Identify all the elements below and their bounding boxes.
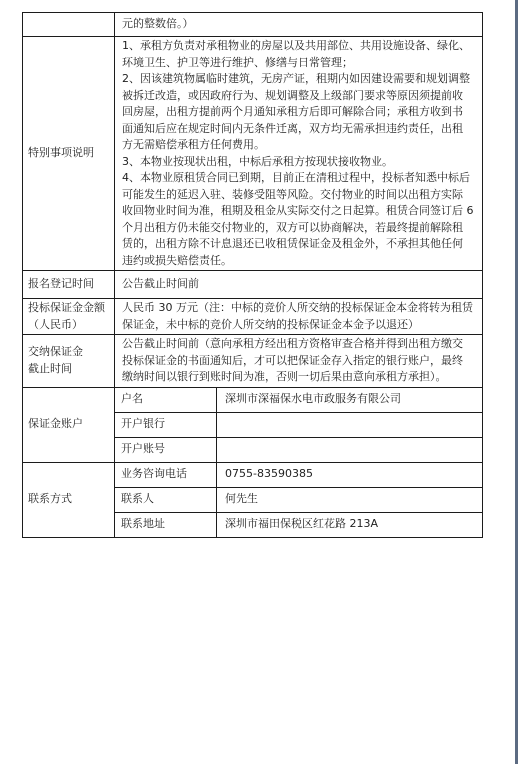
- cell-account-name-value: 深圳市深福保水电市政服务有限公司: [217, 387, 483, 412]
- cell-bank-account-label: 开户账号: [115, 437, 217, 462]
- cell-contact-person-value: 何先生: [217, 487, 483, 512]
- cell-deposit-deadline-label: 交纳保证金 截止时间: [23, 335, 115, 388]
- table-row: 元的整数倍。）: [23, 13, 483, 37]
- cell-continuation-content: 元的整数倍。）: [115, 13, 483, 37]
- table-row: 交纳保证金 截止时间 公告截止时间前（意向承租方经出租方资格审查合格并得到出租方…: [23, 335, 483, 388]
- cell-account-name-label: 户名: [115, 387, 217, 412]
- announcement-table: 元的整数倍。） 特别事项说明 1、承租方负责对承租物业的房屋以及共用部位、共用设…: [22, 12, 483, 538]
- cell-special-notes-content: 1、承租方负责对承租物业的房屋以及共用部位、共用设施设备、绿化、 环境卫生、护卫…: [115, 37, 483, 271]
- cell-bank-name-value: [217, 412, 483, 437]
- table-row: 报名登记时间 公告截止时间前: [23, 271, 483, 299]
- cell-phone-label: 业务咨询电话: [115, 462, 217, 487]
- cell-deposit-deadline-content: 公告截止时间前（意向承租方经出租方资格审查合格并得到出租方缴交 投标保证金的书面…: [115, 335, 483, 388]
- document-page: 元的整数倍。） 特别事项说明 1、承租方负责对承租物业的房屋以及共用部位、共用设…: [0, 0, 521, 764]
- table-row: 保证金账户 户名 深圳市深福保水电市政服务有限公司: [23, 387, 483, 412]
- cell-registration-time-label: 报名登记时间: [23, 271, 115, 299]
- cell-bid-deposit-amount-content: 人民币 30 万元（注：中标的竞价人所交纳的投标保证金本金将转为租赁 保证金，未…: [115, 299, 483, 335]
- cell-bank-account-value: [217, 437, 483, 462]
- table-row: 投标保证金金额 （人民币） 人民币 30 万元（注：中标的竞价人所交纳的投标保证…: [23, 299, 483, 335]
- cell-contact-address-label: 联系地址: [115, 512, 217, 537]
- cell-contact-label: 联系方式: [23, 462, 115, 537]
- cell-phone-value: 0755-83590385: [217, 462, 483, 487]
- cell-registration-time-content: 公告截止时间前: [115, 271, 483, 299]
- table-row: 联系方式 业务咨询电话 0755-83590385: [23, 462, 483, 487]
- cell-bid-deposit-amount-label: 投标保证金金额 （人民币）: [23, 299, 115, 335]
- cell-special-notes-label: 特别事项说明: [23, 37, 115, 271]
- cell-continuation-label: [23, 13, 115, 37]
- cell-deposit-account-label: 保证金账户: [23, 387, 115, 462]
- cell-bank-name-label: 开户银行: [115, 412, 217, 437]
- cell-contact-address-value: 深圳市福田保税区红花路 213A: [217, 512, 483, 537]
- cell-contact-person-label: 联系人: [115, 487, 217, 512]
- page-edge-line: [515, 0, 518, 764]
- table-row: 特别事项说明 1、承租方负责对承租物业的房屋以及共用部位、共用设施设备、绿化、 …: [23, 37, 483, 271]
